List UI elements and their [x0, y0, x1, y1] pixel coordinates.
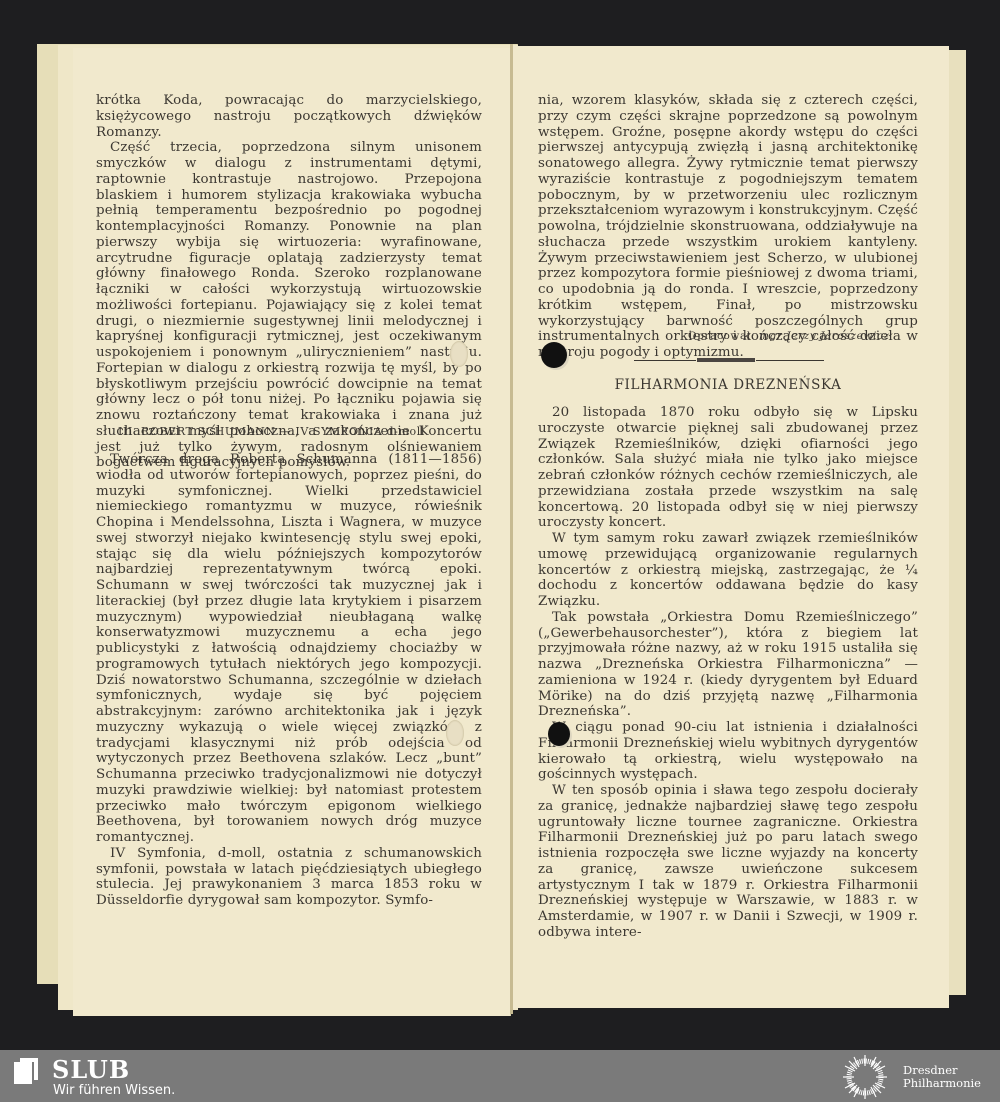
left-page-text-bottom: Twórcza droga Roberta Schumanna (1811—18… — [96, 452, 482, 909]
paragraph: Część trzecia, poprzedzona silnym unison… — [96, 140, 482, 471]
section-heading-filharmonia: FILHARMONIA DREZNEŃSKA — [538, 377, 918, 393]
binding-hole-left-top — [450, 341, 468, 367]
paragraph: nia, wzorem klasyków, składa się z czter… — [538, 93, 918, 361]
dresdner-philharmonie-logo[interactable]: Dresdner Philharmonie — [903, 1064, 981, 1090]
paragraph: W tym samym roku zawarł związek rzemieśl… — [538, 531, 918, 610]
right-page-text: nia, wzorem klasyków, składa się z czter… — [538, 93, 918, 361]
footer-bar: SLUB Wir führen Wissen. Dresdner Philhar… — [0, 1050, 1000, 1102]
binding-hole-right-bottom — [548, 722, 570, 746]
scan-viewer: krótka Koda, powracając do marzycielskie… — [0, 0, 1000, 1050]
left-page-text: krótka Koda, powracając do marzycielskie… — [96, 93, 482, 471]
slub-tagline: Wir führen Wissen. — [53, 1083, 175, 1098]
paragraph: krótka Koda, powracając do marzycielskie… — [96, 93, 482, 140]
slub-logo-name[interactable]: SLUB — [52, 1055, 130, 1084]
book-pages-icon — [12, 1056, 42, 1086]
binding-hole-right-top — [541, 342, 567, 368]
logo-line-2: Philharmonie — [903, 1077, 981, 1090]
paragraph: W ten sposób opinia i sława tego zespołu… — [538, 783, 918, 941]
binding-hole-left-bottom — [446, 720, 464, 746]
paragraph: Twórcza droga Roberta Schumanna (1811—18… — [96, 452, 482, 846]
paragraph: W ciągu ponad 90-ciu lat istnienia i dzi… — [538, 720, 918, 783]
sunburst-ring-icon — [842, 1054, 888, 1100]
right-page-text-bottom: 20 listopada 1870 roku odbyło się w Lips… — [538, 405, 918, 941]
paragraph: 20 listopada 1870 roku odbyło się w Lips… — [538, 405, 918, 531]
signature-label: Opracował: — [688, 330, 755, 342]
paragraph: Tak powstała „Orkiestra Domu Rzemieślnic… — [538, 610, 918, 720]
page-gutter — [510, 44, 513, 1014]
author-signature: Opracował: mgr Jerzy Jaroszewicz — [688, 330, 890, 342]
ornamental-divider — [634, 358, 824, 362]
section-heading-schumann: III. ROBERT SCHUMANN — IV SYMFONIA d-mol… — [118, 425, 478, 438]
paragraph: IV Symfonia, d-moll, ostatnia z schumano… — [96, 846, 482, 909]
signature-name: mgr Jerzy Jaroszewicz — [759, 330, 890, 342]
